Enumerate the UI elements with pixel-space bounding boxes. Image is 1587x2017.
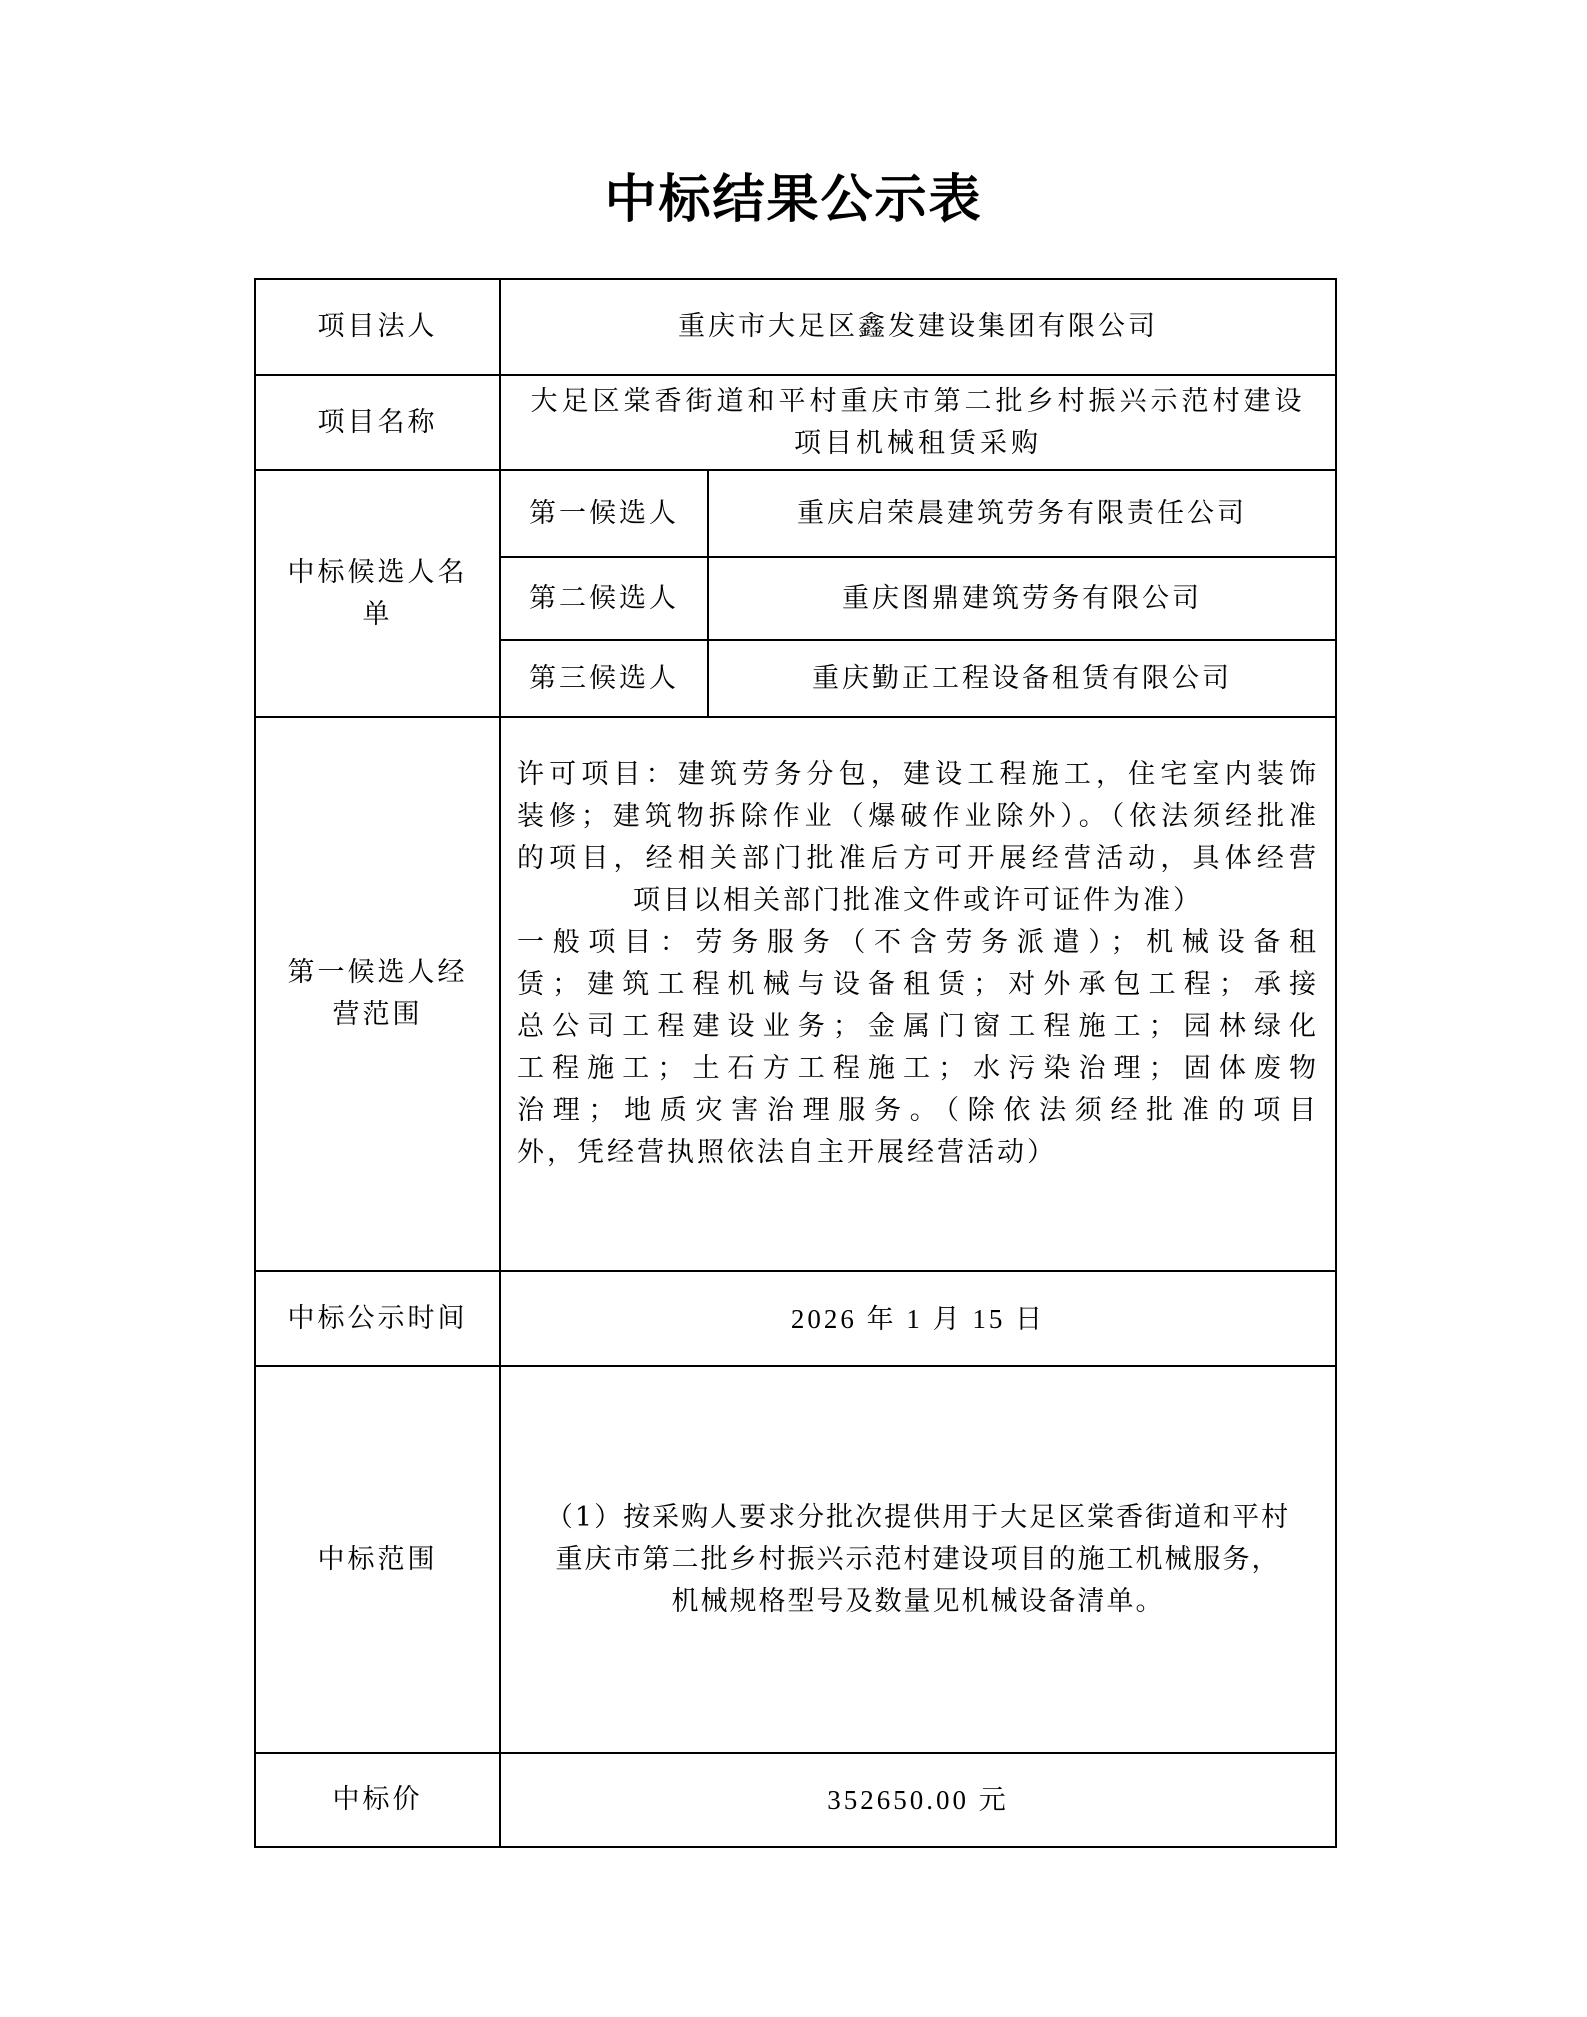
row-publicity-time: 中标公示时间 2026 年 1 月 15 日	[255, 1271, 1336, 1366]
label-legal-person: 项目法人	[255, 279, 500, 375]
row-project-name: 项目名称 大足区棠香街道和平村重庆市第二批乡村振兴示范村建设 项目机械租赁采购	[255, 375, 1336, 470]
business-scope-line: 的项目，经相关部门批准后方可开展经营活动，具体经营	[517, 838, 1319, 880]
bid-scope-line: 机械规格型号及数量见机械设备清单。	[511, 1581, 1325, 1623]
value-publicity-time: 2026 年 1 月 15 日	[500, 1271, 1336, 1366]
row-candidate-1: 中标候选人名 单 第一候选人 重庆启荣晨建筑劳务有限责任公司	[255, 470, 1336, 557]
value-business-scope: 许可项目：建筑劳务分包，建设工程施工，住宅室内装饰 装修；建筑物拆除作业（爆破作…	[500, 717, 1336, 1271]
business-scope-line: 装修；建筑物拆除作业（爆破作业除外）。（依法须经批准	[517, 796, 1319, 838]
row-business-scope: 第一候选人经 营范围 许可项目：建筑劳务分包，建设工程施工，住宅室内装饰 装修；…	[255, 717, 1336, 1271]
business-scope-line: 工程施工；土石方工程施工；水污染治理；固体废物	[517, 1048, 1319, 1090]
business-scope-line: 赁；建筑工程机械与设备租赁；对外承包工程；承接	[517, 964, 1319, 1006]
candidate-rank: 第一候选人	[500, 470, 708, 557]
label-business-scope: 第一候选人经 营范围	[255, 717, 500, 1271]
project-name-line: 大足区棠香街道和平村重庆市第二批乡村振兴示范村建设	[509, 381, 1327, 423]
candidate-name: 重庆启荣晨建筑劳务有限责任公司	[708, 470, 1336, 557]
business-scope-label-line: 第一候选人经	[270, 952, 485, 994]
business-scope-line: 一般项目：劳务服务（不含劳务派遣）；机械设备租	[517, 922, 1319, 964]
label-publicity-time: 中标公示时间	[255, 1271, 500, 1366]
bid-result-table: 项目法人 重庆市大足区鑫发建设集团有限公司 项目名称 大足区棠香街道和平村重庆市…	[254, 278, 1337, 1848]
business-scope-label-line: 营范围	[270, 994, 485, 1036]
label-bid-price: 中标价	[255, 1753, 500, 1847]
value-bid-scope: （1）按采购人要求分批次提供用于大足区棠香街道和平村 重庆市第二批乡村振兴示范村…	[500, 1366, 1336, 1753]
spacer	[517, 1174, 1319, 1234]
value-legal-person: 重庆市大足区鑫发建设集团有限公司	[500, 279, 1336, 375]
project-name-line: 项目机械租赁采购	[509, 423, 1327, 465]
business-scope-line: 治理；地质灾害治理服务。（除依法须经批准的项目	[517, 1090, 1319, 1132]
candidates-label-line: 单	[270, 594, 485, 636]
value-bid-price: 352650.00 元	[500, 1753, 1336, 1847]
candidate-rank: 第三候选人	[500, 640, 708, 717]
bid-scope-line: （1）按采购人要求分批次提供用于大足区棠香街道和平村	[511, 1497, 1325, 1539]
row-bid-price: 中标价 352650.00 元	[255, 1753, 1336, 1847]
row-legal-person: 项目法人 重庆市大足区鑫发建设集团有限公司	[255, 279, 1336, 375]
label-project-name: 项目名称	[255, 375, 500, 470]
value-project-name: 大足区棠香街道和平村重庆市第二批乡村振兴示范村建设 项目机械租赁采购	[500, 375, 1336, 470]
business-scope-line: 总公司工程建设业务；金属门窗工程施工；园林绿化	[517, 1006, 1319, 1048]
bid-scope-line: 重庆市第二批乡村振兴示范村建设项目的施工机械服务，	[511, 1539, 1325, 1581]
candidate-rank: 第二候选人	[500, 557, 708, 640]
candidates-label-line: 中标候选人名	[270, 552, 485, 594]
label-bid-scope: 中标范围	[255, 1366, 500, 1753]
row-bid-scope: 中标范围 （1）按采购人要求分批次提供用于大足区棠香街道和平村 重庆市第二批乡村…	[255, 1366, 1336, 1753]
candidate-name: 重庆图鼎建筑劳务有限公司	[708, 557, 1336, 640]
candidate-name: 重庆勤正工程设备租赁有限公司	[708, 640, 1336, 717]
business-scope-line: 许可项目：建筑劳务分包，建设工程施工，住宅室内装饰	[517, 754, 1319, 796]
label-candidates: 中标候选人名 单	[255, 470, 500, 717]
business-scope-line: 项目以相关部门批准文件或许可证件为准）	[517, 880, 1319, 922]
page-title: 中标结果公示表	[0, 160, 1587, 240]
business-scope-line: 外，凭经营执照依法自主开展经营活动）	[517, 1132, 1319, 1174]
